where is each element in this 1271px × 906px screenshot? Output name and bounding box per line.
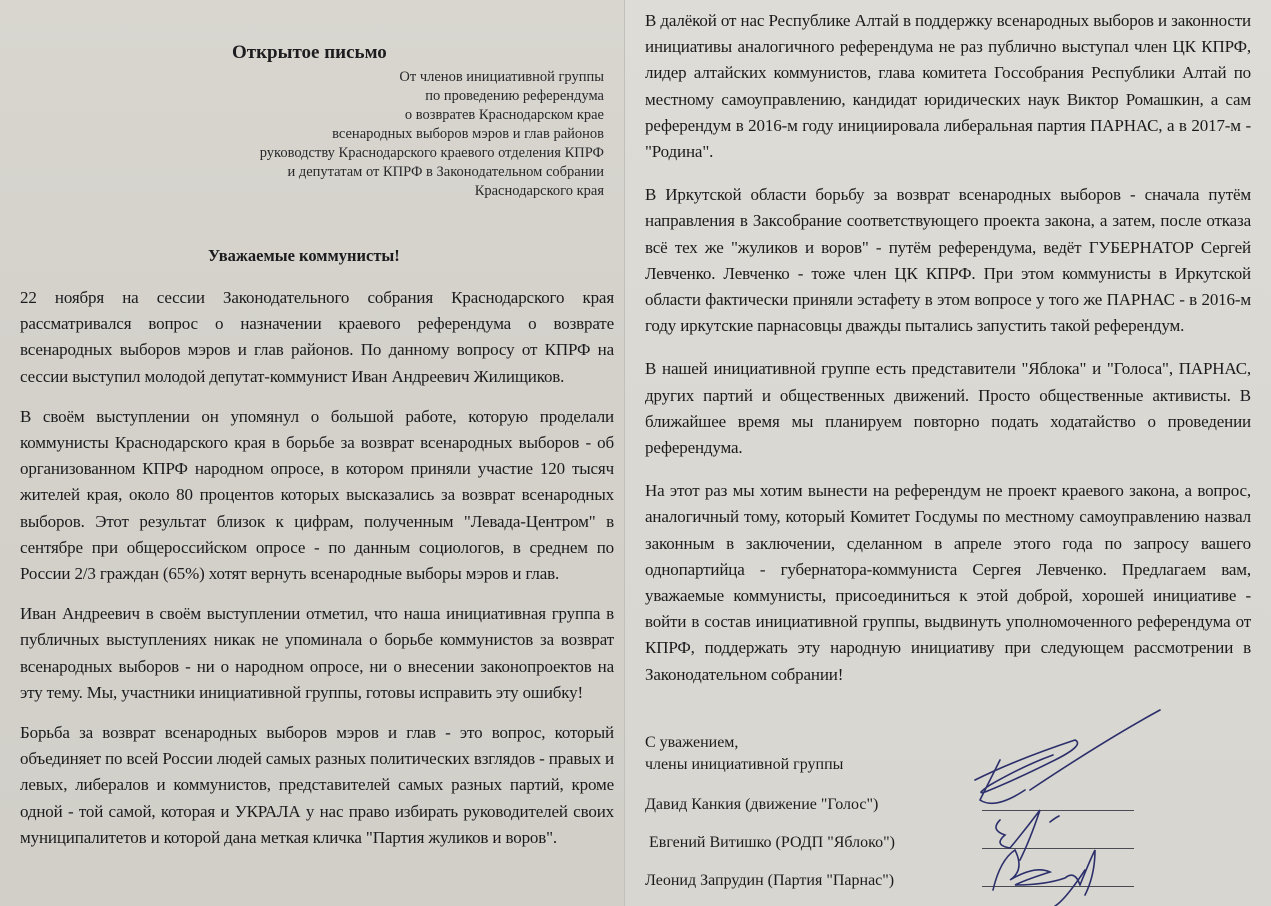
closing-block: С уважением, члены инициативной группы (645, 732, 1251, 776)
closing-line: члены инициативной группы (645, 754, 1251, 776)
addressee-line: всенародных выборов мэров и глав районов (20, 125, 604, 144)
signature-line (982, 848, 1134, 849)
signature-line (982, 810, 1134, 811)
paragraph: На этот раз мы хотим вынести на референд… (645, 478, 1251, 688)
right-page: В далёкой от нас Республике Алтай в подд… (624, 0, 1271, 906)
signer-row: Евгений Витишко (РОДП "Яблоко") (645, 824, 1251, 862)
salutation: Уважаемые коммунисты! (208, 245, 614, 267)
paragraph: 22 ноября на сессии Законодательного соб… (20, 285, 614, 390)
letter-spread: Открытое письмо От членов инициативной г… (0, 0, 1271, 906)
paragraph: Борьба за возврат всенародных выборов мэ… (20, 720, 614, 851)
signer-name: Евгений Витишко (РОДП "Яблоко") (649, 832, 895, 854)
paragraph: В нашей инициативной группе есть предста… (645, 356, 1251, 461)
signer-name: Леонид Запрудин (Партия "Парнас") (645, 870, 894, 892)
letter-title: Открытое письмо (232, 40, 614, 66)
signer-name: Давид Канкия (движение "Голос") (645, 794, 878, 816)
addressee-line: и депутатам от КПРФ в Законодательном со… (20, 163, 604, 182)
paragraph: В далёкой от нас Республике Алтай в подд… (645, 8, 1251, 165)
signature-line (982, 886, 1134, 887)
addressee-block: От членов инициативной группы по проведе… (20, 68, 604, 201)
addressee-line: по проведению референдума (20, 87, 604, 106)
signer-row: Давид Канкия (движение "Голос") (645, 786, 1251, 824)
addressee-line: Краснодарского края (20, 182, 604, 201)
closing-line: С уважением, (645, 732, 1251, 754)
left-page: Открытое письмо От членов инициативной г… (0, 0, 624, 906)
signers-list: Давид Канкия (движение "Голос") Евгений … (645, 786, 1251, 900)
addressee-line: о возвратев Краснодарском крае (20, 106, 604, 125)
addressee-line: От членов инициативной группы (20, 68, 604, 87)
signer-row: Леонид Запрудин (Партия "Парнас") (645, 862, 1251, 900)
paragraph: В Иркутской области борьбу за возврат вс… (645, 182, 1251, 339)
paragraph: В своём выступлении он упомянул о большо… (20, 404, 614, 587)
paragraph: Иван Андреевич в своём выступлении отмет… (20, 601, 614, 706)
addressee-line: руководству Краснодарского краевого отде… (20, 144, 604, 163)
